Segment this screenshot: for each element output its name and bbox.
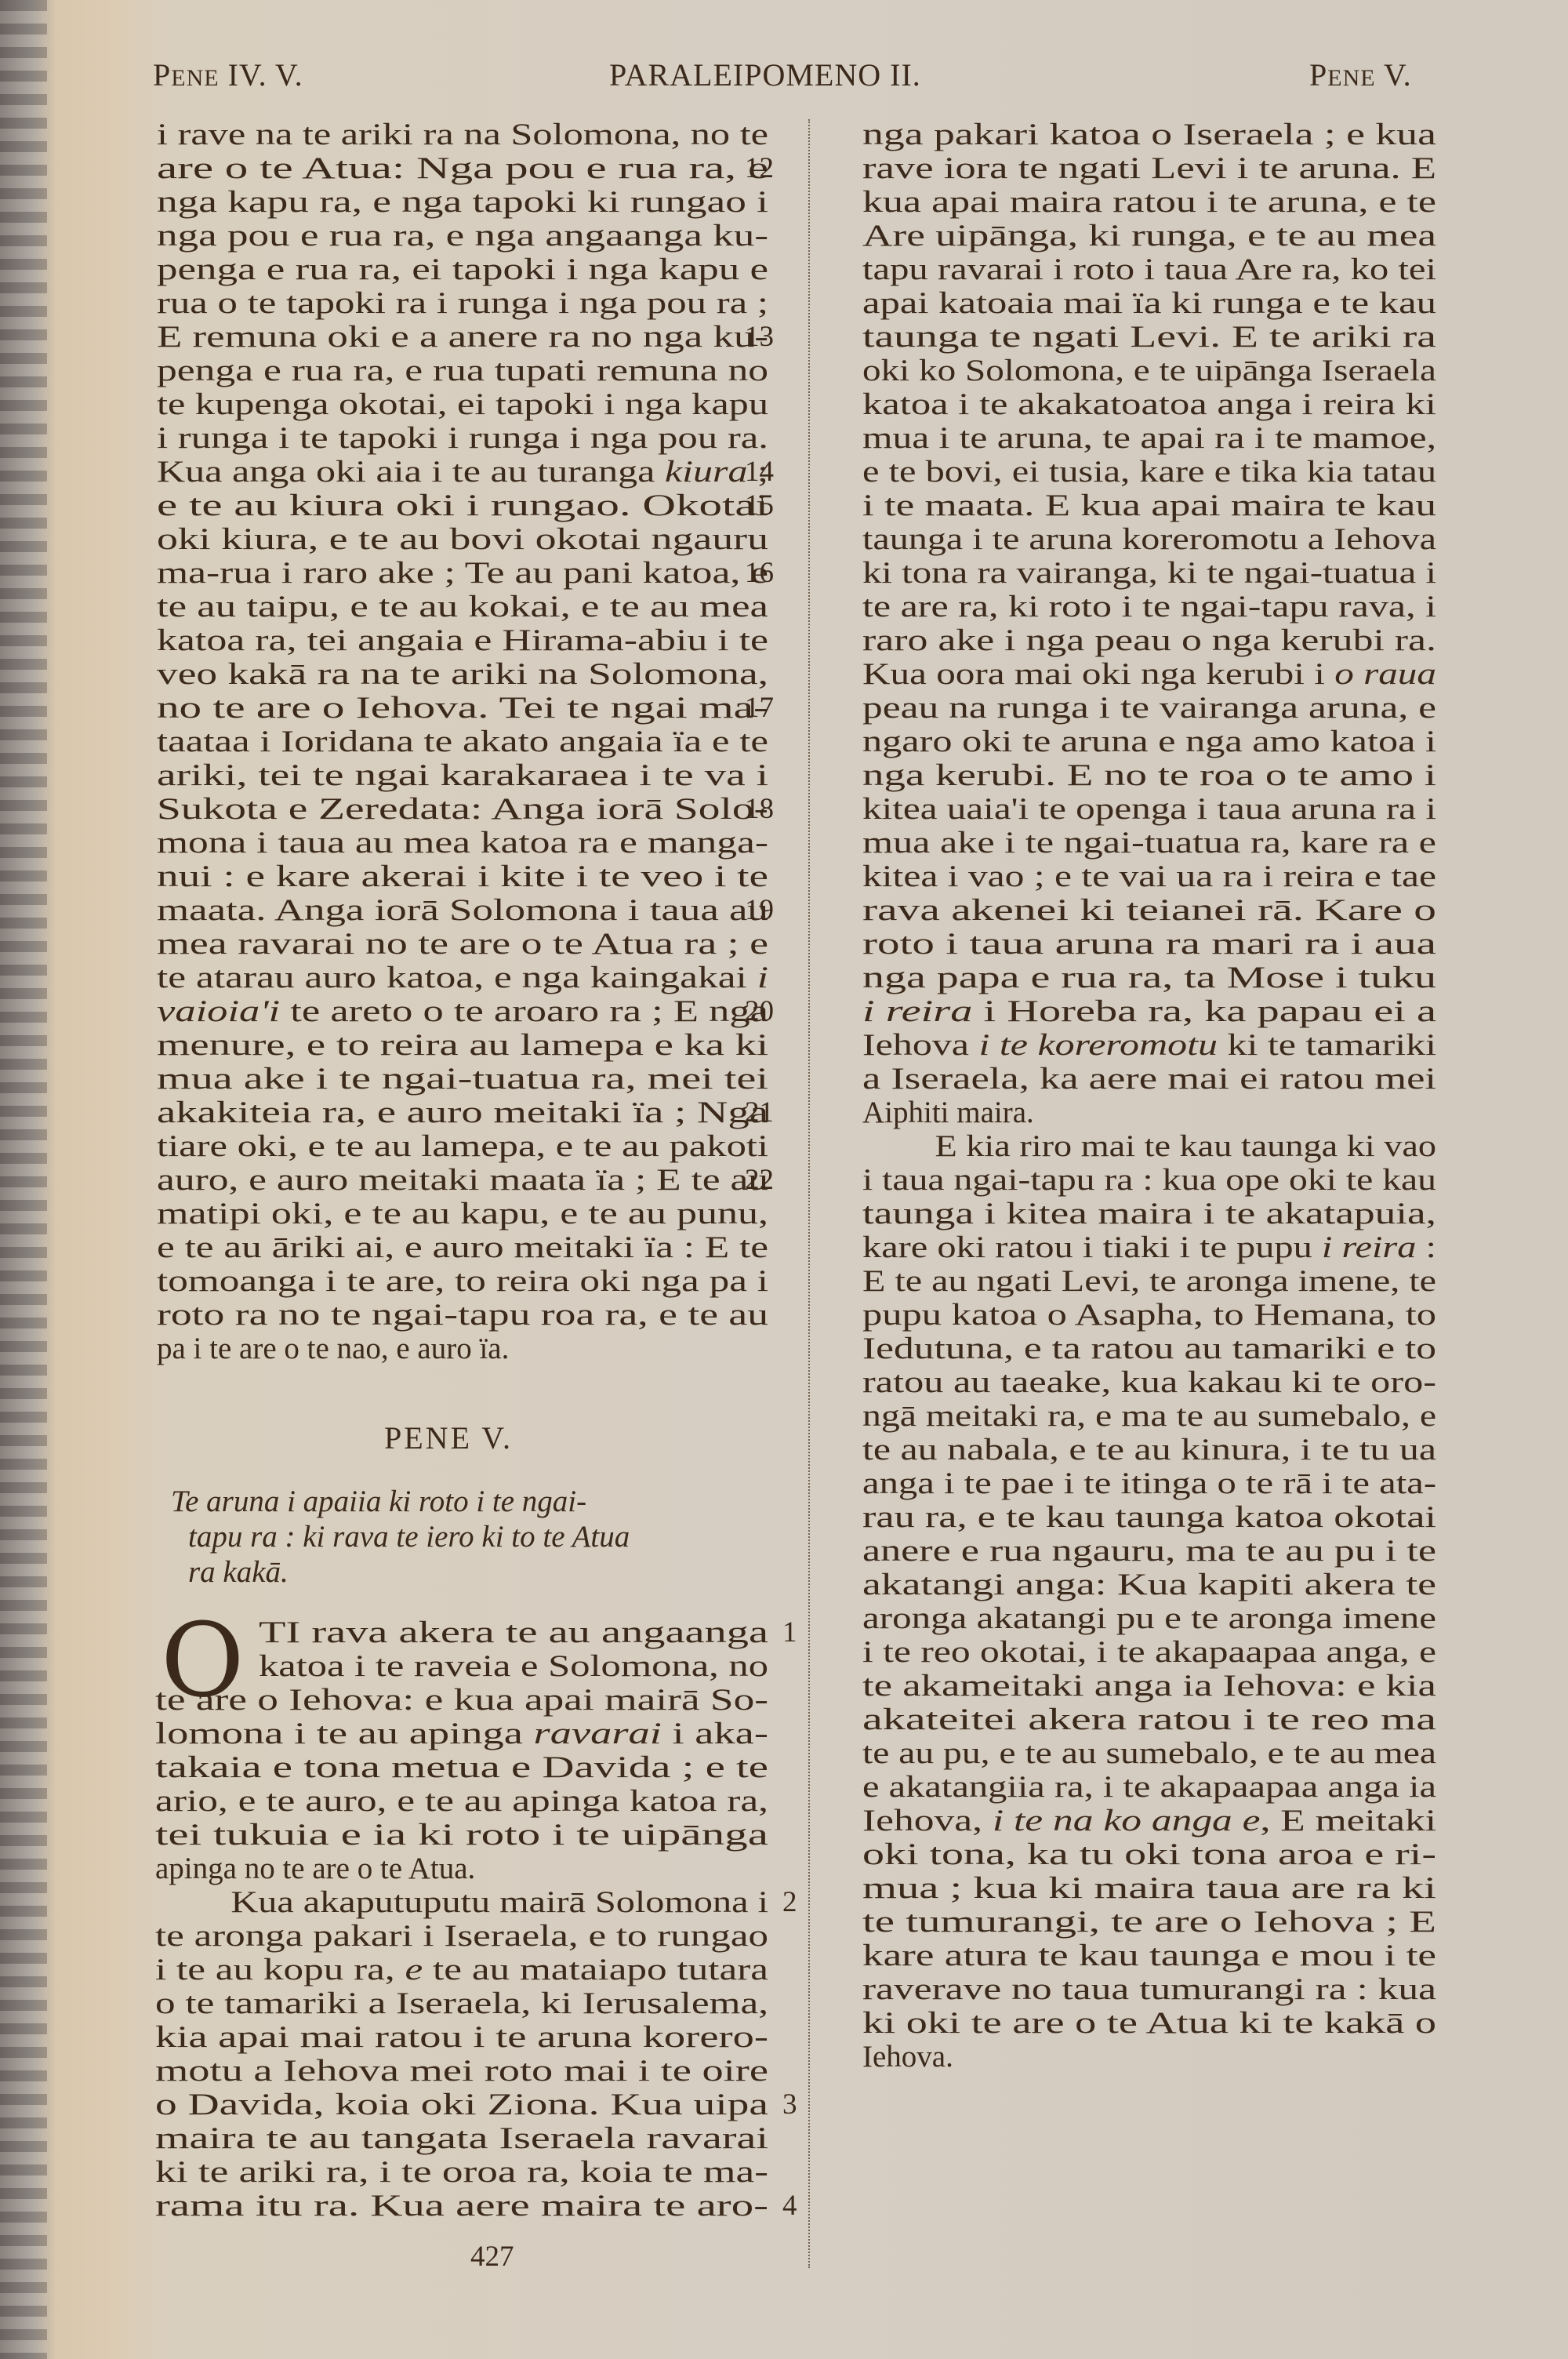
line-text: te areto o te aroaro ra ; E nga (280, 994, 768, 1028)
line-text: motu a Iehova mei roto mai i te oire (155, 2054, 768, 2088)
line-text: mua ake i te ngai-tuatua ra, mei tei (157, 1062, 768, 1096)
line-text: mua i te aruna, te apai ra i te mamoe, (862, 421, 1436, 455)
text-line: roto ra no te ngai-tapu roa ra, e te au (157, 1298, 768, 1332)
line-text: tei tukuia e ia ki roto i te uipānga (155, 1818, 768, 1852)
line-text: i taua ngai-tapu ra : kua ope oki te kau (862, 1163, 1436, 1197)
line-text: te au nabala, e te au kinura, i te tu ua (862, 1433, 1436, 1467)
line-text: katoa i te akakatoatoa anga i reira ki (862, 387, 1436, 421)
line-text: kua apai maira ratou i te aruna, e te (862, 185, 1436, 219)
text-line: e te bovi, ei tusia, kare e tika kia tat… (862, 455, 1436, 489)
line-text: penga e rua ra, e rua tupati remuna no (157, 354, 768, 387)
text-line: i te au kopu ra, e te au mataiapo tutara (155, 1953, 768, 1986)
text-line: te akameitaki anga ia Iehova: e kia (862, 1669, 1436, 1703)
text-line: akakiteia ra, e auro meitaki ïa ; Nga (157, 1096, 768, 1129)
text-line: penga e rua ra, e rua tupati remuna no (157, 354, 768, 387)
text-line: ratou au taeake, kua kakau ki te oro- (862, 1365, 1436, 1399)
line-text: Are uipānga, ki runga, e te au mea (862, 219, 1436, 253)
line-text: rama itu ra. Kua aere maira te aro- (155, 2189, 768, 2223)
line-text: e akatangiia ra, i te akapaapaa anga ia (862, 1770, 1436, 1804)
verse-number: 22 (745, 1163, 774, 1197)
text-line: are o te Atua: Nga pou e rua ra, e (157, 151, 768, 185)
text-line: nui : e kare akerai i kite i te veo i te (157, 860, 768, 893)
verse-number: 21 (745, 1096, 774, 1129)
line-text: matipi oki, e te au kapu, e te au punu, (157, 1197, 768, 1230)
text-line: ario, e te auro, e te au apinga katoa ra… (155, 1784, 768, 1818)
text-line: oki ko Solomona, e te uipānga Iseraela (862, 354, 1436, 387)
line-text: ario, e te auro, e te au apinga katoa ra… (155, 1784, 768, 1818)
text-line: matipi oki, e te au kapu, e te au punu, (157, 1197, 768, 1230)
line-text: E remuna oki e a anere ra no nga ku- (157, 320, 768, 354)
line-text: ariki, tei te ngai karakaraea i te va i (157, 758, 768, 792)
text-line: o Davida, koia oki Ziona. Kua uipa (155, 2088, 768, 2121)
line-text: auro, e auro meitaki maata ïa ; E te au (157, 1163, 768, 1197)
line-text: rua o te tapoki ra i runga i nga pou ra … (157, 286, 768, 320)
text-line: mua i te aruna, te apai ra i te mamoe, (862, 421, 1436, 455)
text-line: no te are o Iehova. Tei te ngai ma- (157, 691, 768, 725)
text-line: akateitei akera ratou i te reo ma (862, 1703, 1436, 1736)
text-line: peau na runga i te vairanga aruna, e (862, 691, 1436, 725)
line-text: akateitei akera ratou i te reo ma (862, 1703, 1436, 1736)
chapter-summary-line: Te aruna i apaiia ki roto i te ngai- (171, 1484, 586, 1519)
line-text: rava akenei ki teianei rā. Kare o (862, 893, 1436, 927)
line-text: ki te ariki ra, i te oroa ra, koia te ma… (155, 2155, 768, 2189)
line-text: roto ra no te ngai-tapu roa ra, e te au (157, 1298, 768, 1332)
line-text: Kua akaputuputu mairā Solomona i (155, 1885, 768, 1919)
text-line: mona i taua au mea katoa ra e manga- (157, 826, 768, 860)
line-text: menure, e to reira au lamepa e ka ki (157, 1028, 768, 1062)
text-line: maata. Anga iorā Solomona i taua au (157, 893, 768, 927)
text-line: Iehova. (862, 2040, 953, 2074)
text-line: ngā meitaki ra, e ma te au sumebalo, e (862, 1399, 1436, 1433)
text-line: e te au āriki ai, e auro meitaki ïa : E … (157, 1230, 768, 1264)
text-line: Iedutuna, e ta ratou au tamariki e to (862, 1332, 1436, 1365)
line-text: te au taipu, e te au kokai, e te au mea (157, 590, 768, 623)
text-line: i runga i te tapoki i runga i nga pou ra… (157, 421, 768, 455)
line-text: o te tamariki a Iseraela, ki Ierusalema, (155, 1986, 768, 2020)
line-text: i te au kopu ra, (155, 1953, 405, 1986)
line-text-tail: ki te tamariki (1218, 1028, 1436, 1062)
chapter-summary-line: tapu ra : ki rava te iero ki to te Atua (188, 1519, 630, 1554)
line-text: penga e rua ra, ei tapoki i nga kapu e (157, 253, 768, 286)
text-line: oki kiura, e te au bovi okotai ngauru (157, 522, 768, 556)
text-line: ki oki te are o te Atua ki te kakā o (862, 2006, 1436, 2040)
text-line: i te maata. E kua apai maira te kau (862, 489, 1436, 522)
line-text: ngaro oki te aruna e nga amo katoa i (862, 725, 1436, 758)
line-text: katoa ra, tei angaia e Hirama-abiu i te (157, 623, 768, 657)
line-text: e te bovi, ei tusia, kare e tika kia tat… (862, 455, 1436, 489)
text-line: katoa i te raveia e Solomona, no (259, 1649, 768, 1683)
verse-number: 18 (745, 792, 774, 826)
line-text: oki ko Solomona, e te uipānga Iseraela (862, 354, 1436, 387)
verse-number: 12 (745, 151, 774, 185)
line-text: taataa i Ioridana te akato angaia ïa e t… (157, 725, 768, 758)
text-line: apai katoaia mai ïa ki runga e te kau (862, 286, 1436, 320)
italic-text: vaioia'i (157, 994, 280, 1028)
line-text: tiare oki, e te au lamepa, e te au pakot… (157, 1129, 768, 1163)
line-text: mea ravarai no te are o te Atua ra ; e (157, 927, 768, 961)
line-text: peau na runga i te vairanga aruna, e (862, 691, 1436, 725)
line-text: kare atura te kau taunga e mou i te (862, 1939, 1436, 1972)
italic-text: kiura (665, 455, 748, 489)
verse-number: 2 (782, 1885, 797, 1919)
text-line: mea ravarai no te are o te Atua ra ; e (157, 927, 768, 961)
line-text: rave iora te ngati Levi i te aruna. E (862, 151, 1436, 185)
text-line: auro, e auro meitaki maata ïa ; E te au (157, 1163, 768, 1197)
text-line: menure, e to reira au lamepa e ka ki (157, 1028, 768, 1062)
text-line: Kua anga oki aia i te au turanga kiura ; (157, 455, 768, 489)
text-line: tapu ravarai i roto i taua Are ra, ko te… (862, 253, 1436, 286)
line-text: taunga i kitea maira i te akatapuia, (862, 1197, 1436, 1230)
header-left-smallcaps: ENE (171, 65, 219, 91)
verse-number: 20 (745, 994, 774, 1028)
line-text: nga pou e rua ra, e nga angaanga ku- (157, 219, 768, 253)
text-line: apinga no te are o te Atua. (155, 1852, 475, 1885)
line-text: kitea i vao ; e te vai ua ra i reira e t… (862, 860, 1436, 893)
line-text: i runga i te tapoki i runga i nga pou ra… (157, 421, 768, 455)
line-text: kitea uaia'i te openga i taua aruna ra i (862, 792, 1436, 826)
text-line: te tumurangi, te are o Iehova ; E (862, 1905, 1436, 1939)
line-text: ngā meitaki ra, e ma te au sumebalo, e (862, 1399, 1436, 1433)
line-text: raro ake i nga peau o nga kerubi ra. (862, 623, 1436, 657)
text-line: TI rava akera te au angaanga (259, 1616, 768, 1649)
line-text: tapu ravarai i roto i taua Are ra, ko te… (862, 253, 1436, 286)
text-line: te au taipu, e te au kokai, e te au mea (157, 590, 768, 623)
text-line: taunga i te aruna koreromotu a Iehova (862, 522, 1436, 556)
text-line: e te au kiura oki i rungao. Okotai (157, 489, 768, 522)
text-line: roto i taua aruna ra mari ra i aua (862, 927, 1436, 961)
line-text: te kupenga okotai, ei tapoki i nga kapu (157, 387, 768, 421)
text-line: taunga i kitea maira i te akatapuia, (862, 1197, 1436, 1230)
line-text: pupu katoa o Asapha, to Hemana, to (862, 1298, 1436, 1332)
text-line: a Iseraela, ka aere mai ei ratou mei (862, 1062, 1436, 1096)
line-text: te are ra, ki roto i te ngai-tapu rava, … (862, 590, 1436, 623)
text-line: Iehova i te koreromotu ki te tamariki (862, 1028, 1436, 1062)
text-line: veo kakā ra na te ariki na Solomona, (157, 657, 768, 691)
line-text: maira te au tangata Iseraela ravarai (155, 2121, 768, 2155)
verse-number: 3 (782, 2088, 797, 2121)
line-text: mua ; kua ki maira taua are ra ki (862, 1871, 1436, 1905)
line-text: Iehova (862, 1028, 978, 1062)
text-line: ngaro oki te aruna e nga amo katoa i (862, 725, 1436, 758)
italic-text: i reira (862, 994, 972, 1028)
header-left-prefix: P (153, 57, 171, 93)
text-line: maira te au tangata Iseraela ravarai (155, 2121, 768, 2155)
text-line: anere e rua ngauru, ma te au pu i te (862, 1534, 1436, 1568)
line-text: akatangi anga: Kua kapiti akera te (862, 1568, 1436, 1601)
line-text: oki tona, ka tu oki tona aroa e ri- (862, 1837, 1436, 1871)
text-line: Kua akaputuputu mairā Solomona i (155, 1885, 768, 1919)
text-line: i rave na te ariki ra na Solomona, no te (157, 118, 768, 151)
text-line: penga e rua ra, ei tapoki i nga kapu e (157, 253, 768, 286)
line-text: ratou au taeake, kua kakau ki te oro- (862, 1365, 1436, 1399)
line-text: aronga akatangi pu e te aronga imene (862, 1601, 1436, 1635)
text-line: oki tona, ka tu oki tona aroa e ri- (862, 1837, 1436, 1871)
header-left: PENE IV. V. (153, 56, 303, 93)
text-line: mua ; kua ki maira taua are ra ki (862, 1871, 1436, 1905)
line-text: veo kakā ra na te ariki na Solomona, (157, 657, 768, 691)
text-line: katoa ra, tei angaia e Hirama-abiu i te (157, 623, 768, 657)
line-text: lomona i te au apinga (155, 1717, 534, 1750)
line-text: e te au āriki ai, e auro meitaki ïa : E … (157, 1230, 768, 1264)
line-text: roto i taua aruna ra mari ra i aua (862, 927, 1436, 961)
line-text: maata. Anga iorā Solomona i taua au (157, 893, 768, 927)
text-line: raro ake i nga peau o nga kerubi ra. (862, 623, 1436, 657)
line-text: apinga no te are o te Atua. (155, 1852, 475, 1885)
text-line: ki te ariki ra, i te oroa ra, koia te ma… (155, 2155, 768, 2189)
text-line: takaia e tona metua e Davida ; e te (155, 1750, 768, 1784)
line-text: Iehova, (862, 1804, 993, 1837)
text-line: nga pou e rua ra, e nga angaanga ku- (157, 219, 768, 253)
text-line: katoa i te akakatoatoa anga i reira ki (862, 387, 1436, 421)
line-text: te akameitaki anga ia Iehova: e kia (862, 1669, 1436, 1703)
verse-number: 14 (745, 455, 774, 489)
line-text-tail: : (1416, 1230, 1436, 1264)
text-line: kua apai maira ratou i te aruna, e te (862, 185, 1436, 219)
line-text: akakiteia ra, e auro meitaki ïa ; Nga (157, 1096, 768, 1129)
header-title: PARALEIPOMENO II. (609, 56, 921, 93)
text-line: kia apai mai ratou i te aruna korero- (155, 2020, 768, 2054)
text-line: akatangi anga: Kua kapiti akera te (862, 1568, 1436, 1601)
line-text: Sukota e Zeredata: Anga iorā Solo- (157, 792, 768, 826)
line-text: rau ra, e te kau taunga katoa okotai (862, 1500, 1436, 1534)
text-line: mua ake i te ngai-tuatua ra, mei tei (157, 1062, 768, 1096)
line-text: kare oki ratou i tiaki i te pupu (862, 1230, 1322, 1264)
line-text: o Davida, koia oki Ziona. Kua uipa (155, 2088, 768, 2121)
text-line: kitea i vao ; e te vai ua ra i reira e t… (862, 860, 1436, 893)
text-line: Kua oora mai oki nga kerubi i o raua (862, 657, 1436, 691)
line-text: te aronga pakari i Iseraela, e to rungao (155, 1919, 768, 1953)
adjacent-page-edge (0, 0, 47, 2359)
line-text: anere e rua ngauru, ma te au pu i te (862, 1534, 1436, 1568)
text-line: pupu katoa o Asapha, to Hemana, to (862, 1298, 1436, 1332)
text-line: te are o Iehova: e kua apai mairā So- (155, 1683, 768, 1717)
text-line: i reira i Horeba ra, ka papau ei a (862, 994, 1436, 1028)
text-line: E kia riro mai te kau taunga ki vao (862, 1129, 1436, 1163)
text-line: Iehova, i te na ko anga e, E meitaki (862, 1804, 1436, 1837)
text-line: rava akenei ki teianei rā. Kare o (862, 893, 1436, 927)
line-text: te atarau auro katoa, e nga kaingakai (157, 961, 757, 994)
line-text: nga pakari katoa o Iseraela ; e kua (862, 118, 1436, 151)
line-text: i te reo okotai, i te akapaapaa anga, e (862, 1635, 1436, 1669)
line-text: taunga i te aruna koreromotu a Iehova (862, 522, 1436, 556)
page-number: 427 (470, 2240, 514, 2274)
text-line: Are uipānga, ki runga, e te au mea (862, 219, 1436, 253)
line-text: E te au ngati Levi, te aronga imene, te (862, 1264, 1436, 1298)
line-text: ki oki te are o te Atua ki te kakā o (862, 2006, 1436, 2040)
line-text-tail: te au mataiapo tutara (423, 1953, 768, 1986)
text-line: te kupenga okotai, ei tapoki i nga kapu (157, 387, 768, 421)
text-line: ma-rua i raro ake ; Te au pani katoa, e (157, 556, 768, 590)
text-line: vaioia'i te areto o te aroaro ra ; E nga (157, 994, 768, 1028)
line-text: a Iseraela, ka aere mai ei ratou mei (862, 1062, 1436, 1096)
italic-text: ravarai (534, 1717, 662, 1750)
line-text: mona i taua au mea katoa ra e manga- (157, 826, 768, 860)
chapter-heading: PENE V. (384, 1419, 513, 1456)
text-line: te aronga pakari i Iseraela, e to rungao (155, 1919, 768, 1953)
text-line: te au nabala, e te au kinura, i te tu ua (862, 1433, 1436, 1467)
text-line: kare atura te kau taunga e mou i te (862, 1939, 1436, 1972)
line-text: pa i te are o te nao, e auro ïa. (157, 1332, 509, 1365)
line-text: ki tona ra vairanga, ki te ngai-tuatua i (862, 556, 1436, 590)
line-text: nga kapu ra, e nga tapoki ki rungao i (157, 185, 768, 219)
text-line: taunga te ngati Levi. E te ariki ra (862, 320, 1436, 354)
line-text: TI rava akera te au angaanga (259, 1616, 768, 1649)
text-line: E te au ngati Levi, te aronga imene, te (862, 1264, 1436, 1298)
verse-number: 4 (782, 2189, 797, 2223)
text-line: lomona i te au apinga ravarai i aka- (155, 1717, 768, 1750)
line-text: e te au kiura oki i rungao. Okotai (157, 489, 768, 522)
line-text: nga kerubi. E no te roa o te amo i (862, 758, 1436, 792)
chapter-summary-line: ra kakā. (188, 1554, 289, 1590)
line-text: te tumurangi, te are o Iehova ; E (862, 1905, 1436, 1939)
text-line: rama itu ra. Kua aere maira te aro- (155, 2189, 768, 2223)
verse-number: 16 (745, 556, 774, 590)
line-text: apai katoaia mai ïa ki runga e te kau (862, 286, 1436, 320)
line-text: takaia e tona metua e Davida ; e te (155, 1750, 768, 1784)
text-line: rau ra, e te kau taunga katoa okotai (862, 1500, 1436, 1534)
line-text: taunga te ngati Levi. E te ariki ra (862, 320, 1436, 354)
line-text: katoa i te raveia e Solomona, no (259, 1649, 768, 1683)
line-text: E kia riro mai te kau taunga ki vao (862, 1129, 1436, 1163)
text-line: mua ake i te ngai-tuatua ra, kare ra e (862, 826, 1436, 860)
text-line: nga pakari katoa o Iseraela ; e kua (862, 118, 1436, 151)
text-line: tiare oki, e te au lamepa, e te au pakot… (157, 1129, 768, 1163)
text-line: Sukota e Zeredata: Anga iorā Solo- (157, 792, 768, 826)
line-text: mua ake i te ngai-tuatua ra, kare ra e (862, 826, 1436, 860)
text-line: nga kerubi. E no te roa o te amo i (862, 758, 1436, 792)
text-line: kitea uaia'i te openga i taua aruna ra i (862, 792, 1436, 826)
verse-number: 15 (745, 489, 774, 522)
line-text: raverave no taua tumurangi ra : kua (862, 1972, 1436, 2006)
text-line: ki tona ra vairanga, ki te ngai-tuatua i (862, 556, 1436, 590)
header-right-rest: V. (1376, 57, 1412, 93)
text-line: E remuna oki e a anere ra no nga ku- (157, 320, 768, 354)
text-line: te are ra, ki roto i te ngai-tapu rava, … (862, 590, 1436, 623)
verse-number: 17 (745, 691, 774, 725)
italic-text: i te na ko anga e (993, 1804, 1261, 1837)
italic-text: i te koreromotu (978, 1028, 1217, 1062)
line-text: i te maata. E kua apai maira te kau (862, 489, 1436, 522)
line-text: oki kiura, e te au bovi okotai ngauru (157, 522, 768, 556)
text-line: nga kapu ra, e nga tapoki ki rungao i (157, 185, 768, 219)
verse-number: 13 (745, 320, 774, 354)
line-text: te au pu, e te au sumebalo, e te au mea (862, 1736, 1436, 1770)
text-line: pa i te are o te nao, e auro ïa. (157, 1332, 509, 1365)
verse-number: 19 (745, 893, 774, 927)
text-line: rua o te tapoki ra i runga i nga pou ra … (157, 286, 768, 320)
italic-text: o raua (1334, 657, 1436, 691)
italic-text: e (405, 1953, 423, 1986)
line-text: i rave na te ariki ra na Solomona, no te (157, 118, 768, 151)
line-text: no te are o Iehova. Tei te ngai ma- (157, 691, 768, 725)
text-line: i te reo okotai, i te akapaapaa anga, e (862, 1635, 1436, 1669)
header-right: PENE V. (1309, 56, 1412, 93)
header-right-smallcaps: ENE (1327, 65, 1375, 91)
text-line: rave iora te ngati Levi i te aruna. E (862, 151, 1436, 185)
line-text-tail: i aka- (662, 1717, 768, 1750)
line-text: ma-rua i raro ake ; Te au pani katoa, e (157, 556, 768, 590)
text-line: o te tamariki a Iseraela, ki Ierusalema, (155, 1986, 768, 2020)
line-text: Iedutuna, e ta ratou au tamariki e to (862, 1332, 1436, 1365)
text-line: aronga akatangi pu e te aronga imene (862, 1601, 1436, 1635)
italic-text: i reira (1322, 1230, 1417, 1264)
line-text: te are o Iehova: e kua apai mairā So- (155, 1683, 768, 1717)
text-line: te atarau auro katoa, e nga kaingakai i (157, 961, 768, 994)
verse-number: 1 (782, 1616, 797, 1649)
line-text: anga i te pae i te itinga o te rā i te a… (862, 1467, 1436, 1500)
text-line: Aiphiti maira. (862, 1096, 1034, 1129)
text-line: ariki, tei te ngai karakaraea i te va i (157, 758, 768, 792)
line-text: Kua anga oki aia i te au turanga (157, 455, 665, 489)
text-line: te au pu, e te au sumebalo, e te au mea (862, 1736, 1436, 1770)
line-text-tail: , E meitaki (1261, 1804, 1436, 1837)
line-text: tomoanga i te are, to reira oki nga pa i (157, 1264, 768, 1298)
italic-text: i (757, 961, 768, 994)
line-text: are o te Atua: Nga pou e rua ra, e (157, 151, 768, 185)
line-text: nga papa e rua ra, ta Mose i tuku (862, 961, 1436, 994)
text-line: e akatangiia ra, i te akapaapaa anga ia (862, 1770, 1436, 1804)
text-line: raverave no taua tumurangi ra : kua (862, 1972, 1436, 2006)
header-right-prefix: P (1309, 57, 1327, 93)
line-text: kia apai mai ratou i te aruna korero- (155, 2020, 768, 2054)
text-line: kare oki ratou i tiaki i te pupu i reira… (862, 1230, 1436, 1264)
line-text: Aiphiti maira. (862, 1096, 1034, 1129)
line-text: nui : e kare akerai i kite i te veo i te (157, 860, 768, 893)
line-text: i Horeba ra, ka papau ei a (972, 994, 1436, 1028)
column-divider (808, 119, 810, 2268)
text-line: tomoanga i te are, to reira oki nga pa i (157, 1264, 768, 1298)
text-line: i taua ngai-tapu ra : kua ope oki te kau (862, 1163, 1436, 1197)
line-text: Kua oora mai oki nga kerubi i (862, 657, 1334, 691)
header-left-rest: IV. V. (220, 57, 303, 93)
text-line: motu a Iehova mei roto mai i te oire (155, 2054, 768, 2088)
text-line: tei tukuia e ia ki roto i te uipānga (155, 1818, 768, 1852)
line-text: Iehova. (862, 2040, 953, 2074)
text-line: anga i te pae i te itinga o te rā i te a… (862, 1467, 1436, 1500)
text-line: taataa i Ioridana te akato angaia ïa e t… (157, 725, 768, 758)
text-line: nga papa e rua ra, ta Mose i tuku (862, 961, 1436, 994)
